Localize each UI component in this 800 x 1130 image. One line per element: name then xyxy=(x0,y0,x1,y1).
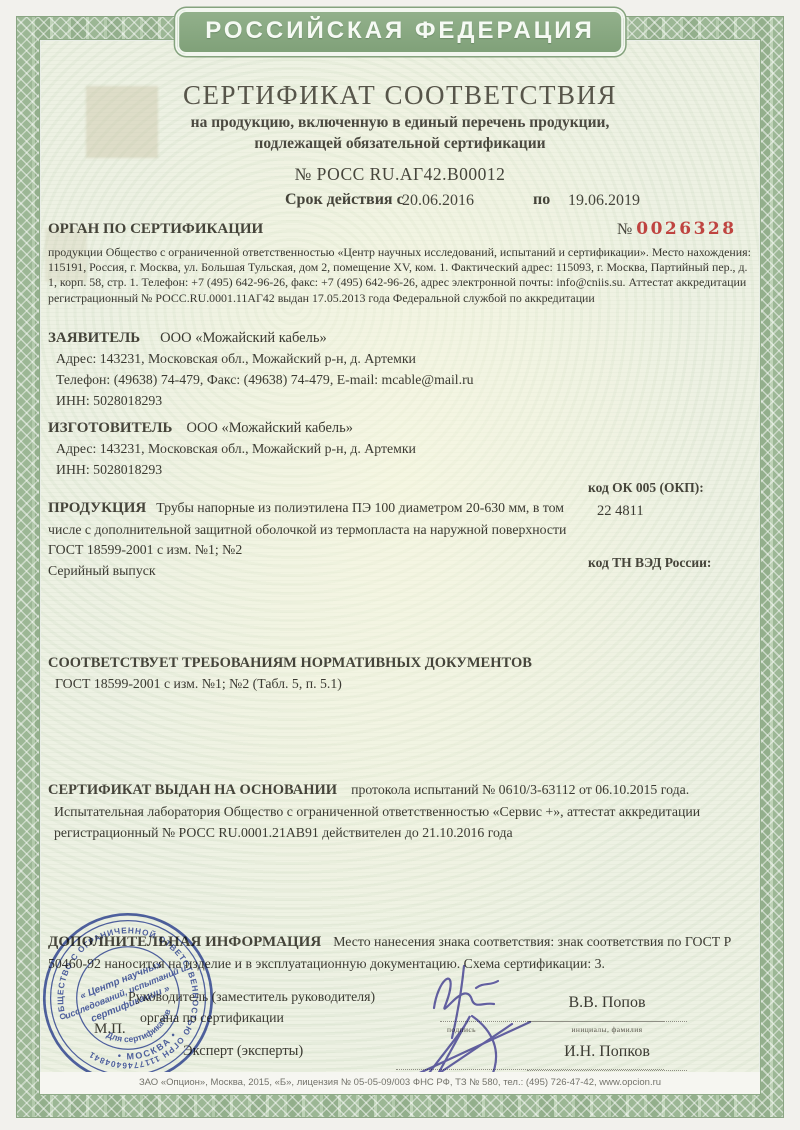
section-manufacturer: ИЗГОТОВИТЕЛЬ ООО «Можайский кабель» xyxy=(48,419,353,437)
manufacturer-name: ООО «Можайский кабель» xyxy=(186,420,353,436)
section-basis: СЕРТИФИКАТ ВЫДАН НА ОСНОВАНИИпротокола и… xyxy=(48,781,756,843)
country-badge: РОССИЙСКАЯ ФЕДЕРАЦИЯ xyxy=(177,10,623,54)
conformity-documents: ГОСТ 18599-2001 с изм. №1; №2 (Табл. 5, … xyxy=(55,676,342,692)
product-issue-type: Серийный выпуск xyxy=(48,561,596,582)
okp-code-label: код ОК 005 (ОКП): xyxy=(588,480,704,496)
manufacturer-address: Адрес: 143231, Московская обл., Можайски… xyxy=(56,441,416,457)
applicant-inn: ИНН: 5028018293 xyxy=(56,393,162,409)
stamp-ring-top-text: ОБЩЕСТВО С ОГРАНИЧЕННОЙ ОТВЕТСТВЕННОСТЬЮ… xyxy=(35,904,222,1091)
blank-number-label: № xyxy=(617,221,632,238)
basis-protocol: протокола испытаний № 0610/3-63112 от 06… xyxy=(351,782,689,797)
blank-number: № 0026328 xyxy=(617,219,737,239)
section-heading-basis: СЕРТИФИКАТ ВЫДАН НА ОСНОВАНИИ xyxy=(48,782,337,798)
validity-label: Срок действия с xyxy=(285,191,404,209)
blank-number-value: 0026328 xyxy=(636,219,736,239)
applicant-address: Адрес: 143231, Московская обл., Можайски… xyxy=(56,351,416,367)
validity-to-date: 19.06.2019 xyxy=(568,192,640,210)
certificate-subtitle-line1: на продукцию, включенную в единый перече… xyxy=(0,114,800,132)
validity-from-date: 20.06.2016 xyxy=(402,192,474,210)
certificate-subtitle-line2: подлежащей обязательной сертификации xyxy=(0,135,800,153)
tnved-code-label: код ТН ВЭД России: xyxy=(588,555,711,571)
product-gost: ГОСТ 18599-2001 с изм. №1; №2 xyxy=(48,540,596,561)
certificate-title: СЕРТИФИКАТ СООТВЕТСТВИЯ xyxy=(0,80,800,111)
applicant-name: ООО «Можайский кабель» xyxy=(160,330,327,346)
section-applicant: ЗАЯВИТЕЛЬ ООО «Можайский кабель» xyxy=(48,329,327,347)
certificate-number-label: № xyxy=(295,164,312,184)
okp-code-value: 22 4811 xyxy=(597,503,644,520)
section-heading-conformity: СООТВЕТСТВУЕТ ТРЕБОВАНИЯМ НОРМАТИВНЫХ ДО… xyxy=(48,655,532,672)
section-product: ПРОДУКЦИЯТрубы напорные из полиэтилена П… xyxy=(48,497,596,582)
certificate-number: № РОСС RU.АГ42.В00012 xyxy=(0,164,800,185)
validity-to-label: по xyxy=(533,191,550,209)
section-heading-manufacturer: ИЗГОТОВИТЕЛЬ xyxy=(48,420,172,436)
section-heading-product: ПРОДУКЦИЯ xyxy=(48,500,146,516)
section-heading-applicant: ЗАЯВИТЕЛЬ xyxy=(48,330,140,346)
certificate-number-value: РОСС RU.АГ42.В00012 xyxy=(317,164,506,184)
country-badge-label: РОССИЙСКАЯ ФЕДЕРАЦИЯ xyxy=(205,17,595,44)
section-heading-certification-body: ОРГАН ПО СЕРТИФИКАЦИИ xyxy=(48,221,263,238)
manufacturer-inn: ИНН: 5028018293 xyxy=(56,462,162,478)
print-shop-footer: ЗАО «Опцион», Москва, 2015, «Б», лицензи… xyxy=(40,1072,760,1094)
certification-body-details: продукции Общество с ограниченной ответс… xyxy=(48,245,752,306)
applicant-phone: Телефон: (49638) 74-479, Факс: (49638) 7… xyxy=(56,372,474,388)
basis-laboratory: Испытательная лаборатория Общество с огр… xyxy=(48,802,756,843)
svg-text:ОБЩЕСТВО С ОГРАНИЧЕННОЙ ОТВЕТС: ОБЩЕСТВО С ОГРАНИЧЕННОЙ ОТВЕТСТВЕННОСТЬЮ… xyxy=(35,904,222,1091)
